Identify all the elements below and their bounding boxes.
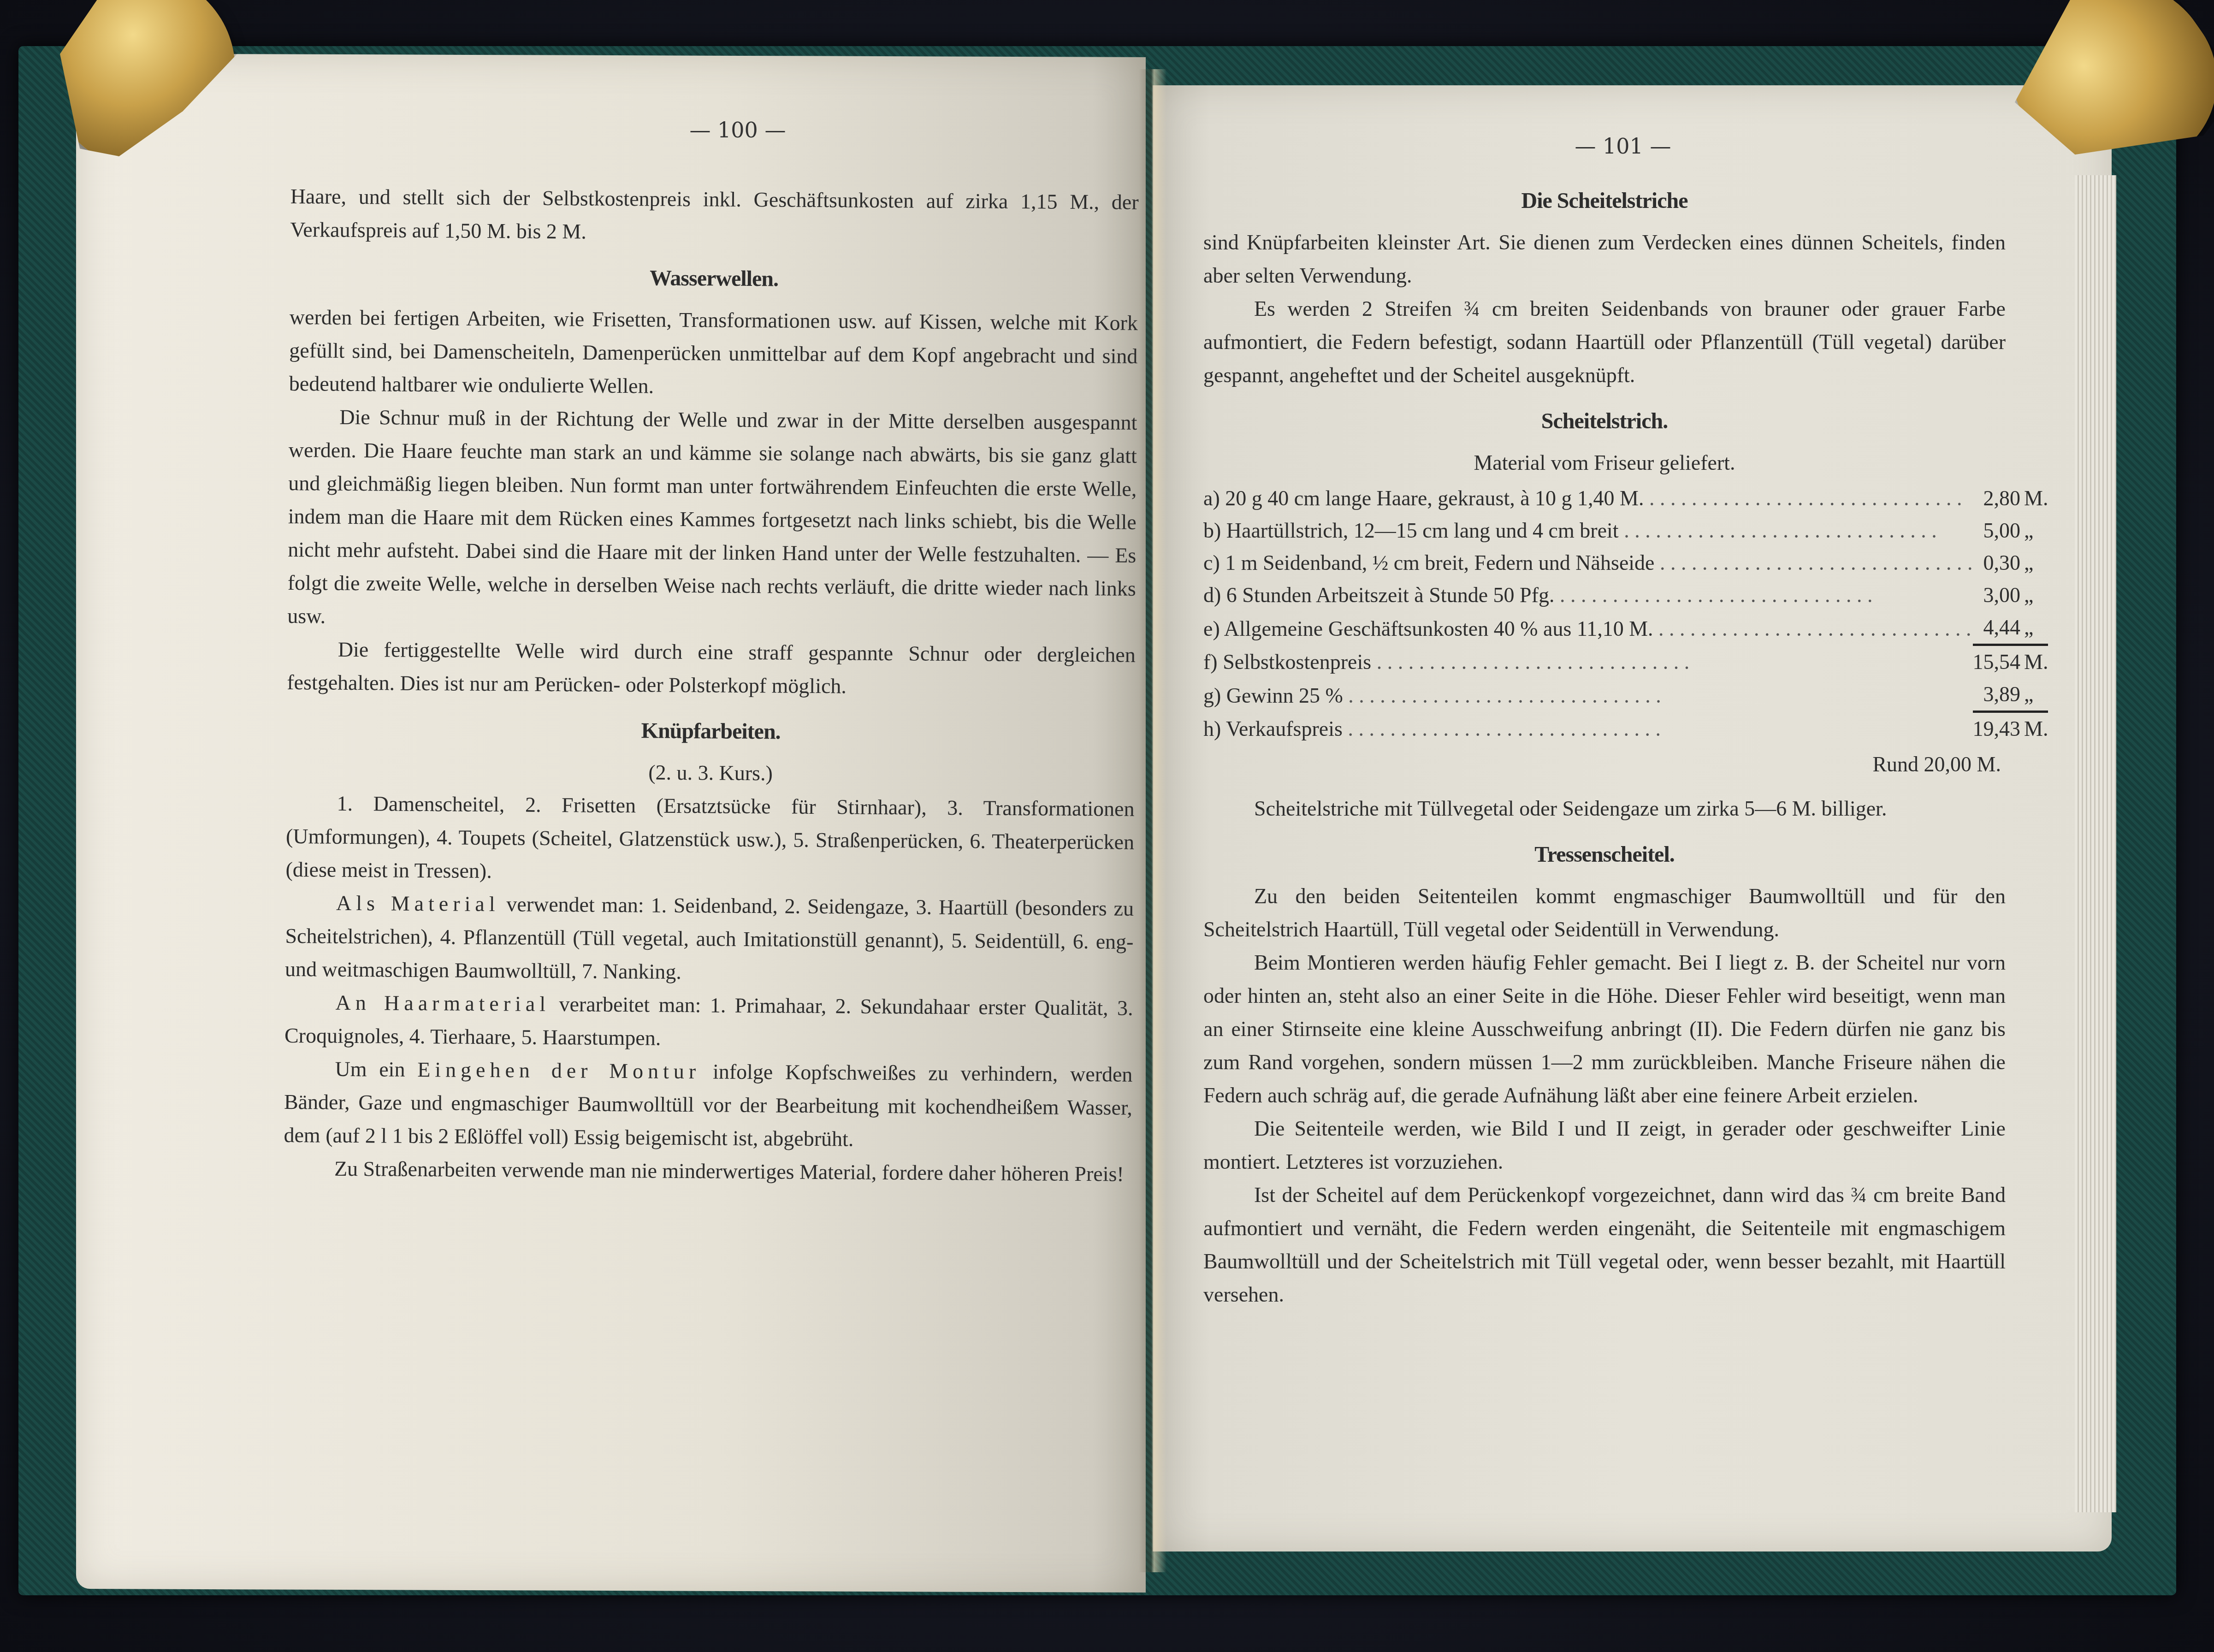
course-subheading: (2. u. 3. Kurs.)	[286, 753, 1135, 793]
cost-row: b) Haartüllstrich, 12—15 cm lang und 4 c…	[1203, 515, 2048, 547]
cost-row: f) Selbstkostenpreis15,54M.	[1203, 645, 2048, 679]
paragraph: Scheitelstriche mit Tüllvegetal oder Sei…	[1203, 792, 2006, 825]
page-number-left: — 100 —	[622, 118, 853, 142]
cost-value: 0,30	[1973, 547, 2025, 579]
cost-label: b) Haartüllstrich, 12—15 cm lang und 4 c…	[1203, 515, 1973, 547]
paragraph: Beim Montieren werden häufig Fehler gema…	[1203, 946, 2006, 1112]
cost-row: h) Verkaufspreis19,43M.	[1203, 712, 2048, 746]
cost-value: 3,00	[1973, 579, 2025, 611]
cost-value: 2,80	[1973, 482, 2025, 515]
spaced-term: An Haarmaterial	[335, 991, 550, 1016]
paragraph: werden bei fertigen Arbeiten, wie Friset…	[289, 301, 1138, 406]
paragraph: sind Knüpfarbeiten kleinster Art. Sie di…	[1203, 226, 2006, 292]
paragraph: Zu Straßenarbeiten verwende man nie mind…	[284, 1152, 1132, 1191]
section-heading-tressenscheitel: Tressenscheitel.	[1203, 838, 2006, 871]
left-page-text: Haare, und stellt sich der Selbstkostenp…	[284, 180, 1139, 1191]
cost-unit: „	[2024, 611, 2048, 645]
page-number-right: — 101 —	[1508, 134, 1738, 159]
paragraph: Die Schnur muß in der Richtung der Welle…	[287, 400, 1137, 639]
cost-row: e) Allgemeine Geschäftsunkosten 40 % aus…	[1203, 611, 2048, 645]
cost-label: f) Selbstkostenpreis	[1203, 645, 1973, 679]
cost-label: h) Verkaufspreis	[1203, 712, 1973, 746]
book-gutter	[1139, 69, 1166, 1572]
rounded-total: Rund 20,00 M.	[1203, 748, 2006, 781]
cost-subheading: Material vom Friseur geliefert.	[1203, 446, 2006, 480]
cost-row: d) 6 Stunden Arbeitszeit à Stunde 50 Pfg…	[1203, 579, 2048, 611]
section-heading-knuepfarbeiten: Knüpfarbeiten.	[286, 712, 1135, 751]
cost-unit: M.	[2024, 712, 2048, 746]
cost-row: g) Gewinn 25 %3,89„	[1203, 678, 2048, 712]
cost-value: 3,89	[1973, 678, 2025, 712]
cost-label: e) Allgemeine Geschäftsunkosten 40 % aus…	[1203, 611, 1973, 645]
paragraph: Haare, und stellt sich der Selbstkostenp…	[290, 180, 1139, 252]
section-heading-wasserwellen: Wasserwellen.	[290, 259, 1138, 298]
spaced-term: Als Material	[336, 891, 500, 916]
paragraph: Die fertiggestellte Welle wird durch ein…	[287, 633, 1136, 705]
cost-value: 19,43	[1973, 712, 2025, 746]
right-page-text: Die Scheitelstriche sind Knüpfarbeiten k…	[1203, 184, 2006, 1311]
cost-label: d) 6 Stunden Arbeitszeit à Stunde 50 Pfg…	[1203, 579, 1973, 611]
section-heading-scheitelstriche: Die Scheitelstriche	[1203, 184, 2006, 218]
cost-unit: M.	[2024, 645, 2048, 679]
spaced-term: Eingehen der Montur	[417, 1058, 700, 1083]
cost-label: a) 20 g 40 cm lange Haare, gekraust, à 1…	[1203, 482, 1973, 515]
paragraph: An Haarmaterial verarbeitet man: 1. Prim…	[284, 986, 1133, 1058]
paragraph: Ist der Scheitel auf dem Perückenkopf vo…	[1203, 1178, 2006, 1311]
paragraph: Um ein Eingehen der Montur infolge Kopfs…	[284, 1052, 1132, 1158]
cost-unit: „	[2024, 579, 2048, 611]
cost-label: g) Gewinn 25 %	[1203, 678, 1973, 712]
cost-unit: „	[2024, 678, 2048, 712]
cost-value: 4,44	[1973, 611, 2025, 645]
cost-label: c) 1 m Seidenband, ½ cm breit, Federn un…	[1203, 547, 1973, 579]
page-edges-right	[2075, 175, 2116, 1512]
cost-value: 15,54	[1973, 645, 2025, 679]
cost-value: 5,00	[1973, 515, 2025, 547]
cost-row: a) 20 g 40 cm lange Haare, gekraust, à 1…	[1203, 482, 2048, 515]
cost-row: c) 1 m Seidenband, ½ cm breit, Federn un…	[1203, 547, 2048, 579]
cost-unit: „	[2024, 547, 2048, 579]
cost-unit: M.	[2024, 482, 2048, 515]
paragraph: Es werden 2 Streifen ¾ cm breiten Seiden…	[1203, 292, 2006, 392]
paragraph: Die Seitenteile werden, wie Bild I und I…	[1203, 1112, 2006, 1178]
cost-heading: Scheitelstrich.	[1203, 405, 2006, 438]
cost-unit: „	[2024, 515, 2048, 547]
paragraph: Zu den beiden Seitenteilen kommt engmasc…	[1203, 880, 2006, 946]
paragraph: Als Material verwendet man: 1. Seidenban…	[285, 886, 1134, 992]
paragraph: 1. Damenscheitel, 2. Frisetten (Ersatzts…	[285, 787, 1134, 892]
cost-table: a) 20 g 40 cm lange Haare, gekraust, à 1…	[1203, 482, 2048, 745]
